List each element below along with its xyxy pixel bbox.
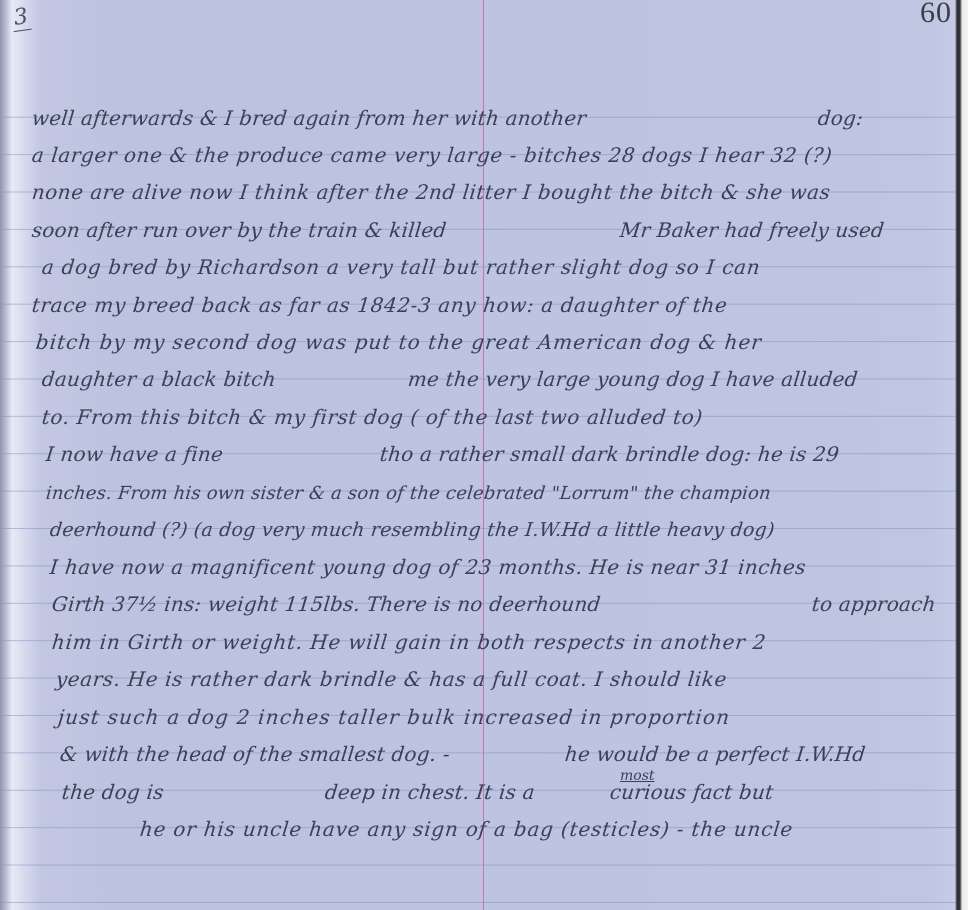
line-segment: a larger one & the produce came very lar… bbox=[31, 143, 834, 167]
text-line: I have now a magnificent young dog of 23… bbox=[0, 546, 955, 583]
line-segment: I have now a magnificent young dog of 23… bbox=[49, 555, 808, 579]
insertion-above-line: most bbox=[620, 768, 655, 784]
line-segment: a dog bred by Richardson a very tall but… bbox=[41, 255, 762, 279]
line-segment: just such a dog 2 inches taller bulk inc… bbox=[57, 705, 732, 729]
text-line: a dog bred by Richardson a very tall but… bbox=[0, 246, 955, 283]
line-segment: Mr Baker had freely used bbox=[619, 218, 886, 242]
line-segment: Girth 37½ ins: weight 115lbs. There is n… bbox=[51, 592, 602, 616]
line-segment: soon after run over by the train & kille… bbox=[31, 218, 448, 242]
text-line: to. From this bitch & my first dog ( of … bbox=[0, 396, 955, 433]
line-segment: tho a rather small dark brindle dog: he … bbox=[379, 442, 841, 466]
handwritten-text: well afterwards & I bred again from her … bbox=[0, 0, 955, 910]
line-segment: dog: bbox=[817, 106, 865, 130]
line-segment: he or his uncle have any sign of a bag (… bbox=[139, 817, 795, 841]
text-line: deerhound (?) (a dog very much resemblin… bbox=[0, 508, 955, 545]
line-segment: daughter a black bitch bbox=[41, 367, 277, 391]
text-line: bitch by my second dog was put to the gr… bbox=[0, 321, 955, 358]
line-segment: he would be a perfect I.W.Hd bbox=[564, 742, 867, 766]
line-segment: to approach bbox=[811, 592, 937, 616]
text-line: well afterwards & I bred again from her … bbox=[0, 97, 955, 134]
line-segment: trace my breed back as far as 1842-3 any… bbox=[31, 293, 729, 317]
text-line: just such a dog 2 inches taller bulk inc… bbox=[0, 696, 955, 733]
text-line: the dog is deep in chest. It is a curiou… bbox=[0, 771, 955, 808]
text-line: him in Girth or weight. He will gain in … bbox=[0, 621, 955, 658]
text-line: a larger one & the produce came very lar… bbox=[0, 134, 955, 171]
line-segment: the dog is bbox=[61, 780, 165, 804]
text-line: soon after run over by the train & kille… bbox=[0, 209, 955, 246]
line-segment: him in Girth or weight. He will gain in … bbox=[51, 630, 768, 654]
line-segment: & with the head of the smallest dog. - bbox=[59, 742, 451, 766]
line-segment: me the very large young dog I have allud… bbox=[407, 367, 859, 391]
text-line: & with the head of the smallest dog. - h… bbox=[0, 733, 955, 770]
text-line: daughter a black bitch me the very large… bbox=[0, 358, 955, 395]
line-segment: bitch by my second dog was put to the gr… bbox=[35, 330, 763, 354]
line-segment: years. He is rather dark brindle & has a… bbox=[55, 667, 729, 691]
line-segment: inches. From his own sister & a son of t… bbox=[45, 483, 772, 504]
text-line: trace my breed back as far as 1842-3 any… bbox=[0, 284, 955, 321]
line-segment: I now have a fine bbox=[45, 442, 225, 466]
notebook-page: 3 60 well afterwards & I bred again from… bbox=[0, 0, 968, 910]
text-line: none are alive now I think after the 2nd… bbox=[0, 171, 955, 208]
line-segment: none are alive now I think after the 2nd… bbox=[31, 180, 832, 204]
text-line: I now have a fine tho a rather small dar… bbox=[0, 433, 955, 470]
line-segment: deep in chest. It is a bbox=[324, 780, 536, 804]
text-line: inches. From his own sister & a son of t… bbox=[0, 471, 955, 508]
text-line: Girth 37½ ins: weight 115lbs. There is n… bbox=[0, 583, 955, 620]
text-line: he or his uncle have any sign of a bag (… bbox=[0, 808, 955, 845]
line-segment: to. From this bitch & my first dog ( of … bbox=[41, 405, 704, 429]
line-segment: well afterwards & I bred again from her … bbox=[31, 106, 588, 130]
text-line: years. He is rather dark brindle & has a… bbox=[0, 658, 955, 695]
line-segment: deerhound (?) (a dog very much resemblin… bbox=[49, 519, 776, 541]
